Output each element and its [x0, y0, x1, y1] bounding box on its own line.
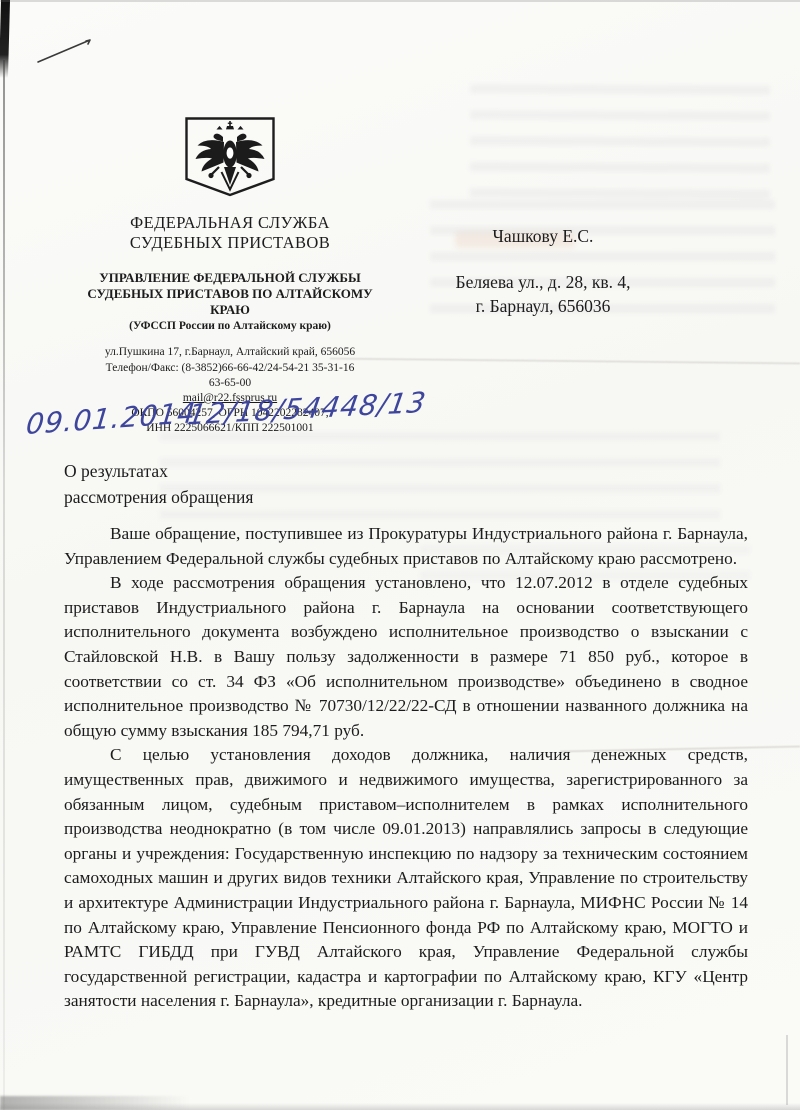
pen-mark	[30, 32, 100, 72]
org-name-line2: СУДЕБНЫХ ПРИСТАВОВ	[55, 233, 405, 253]
recipient-address-line1: Беляева ул., д. 28, кв. 4,	[428, 271, 658, 295]
street-address: ул.Пушкина 17, г.Барнаул, Алтайский край…	[55, 345, 405, 360]
org-name-line1: ФЕДЕРАЛЬНАЯ СЛУЖБА	[55, 213, 405, 233]
division-line2: СУДЕБНЫХ ПРИСТАВОВ ПО АЛТАЙСКОМУ	[55, 286, 405, 302]
division-abbreviation: (УФССП России по Алтайскому краю)	[55, 320, 405, 332]
body-paragraph-3: С целью установления доходов должника, н…	[64, 743, 748, 1014]
subject-line2: рассмотрения обращения	[64, 484, 253, 510]
division-line1: УПРАВЛЕНИЕ ФЕДЕРАЛЬНОЙ СЛУЖБЫ	[55, 270, 405, 286]
scan-edge-artifact	[0, 1096, 190, 1110]
scan-edge-artifact	[0, 0, 10, 78]
scanned-letter-page: ФЕДЕРАЛЬНАЯ СЛУЖБА СУДЕБНЫХ ПРИСТАВОВ УП…	[0, 0, 800, 1110]
phone-line1: Телефон/Факс: (8-3852)66-66-42/24-54-21 …	[55, 361, 405, 376]
org-name: ФЕДЕРАЛЬНАЯ СЛУЖБА СУДЕБНЫХ ПРИСТАВОВ	[55, 213, 405, 253]
paper-crease	[786, 1035, 788, 1105]
letterhead: ФЕДЕРАЛЬНАЯ СЛУЖБА СУДЕБНЫХ ПРИСТАВОВ УП…	[55, 116, 405, 436]
division-name: УПРАВЛЕНИЕ ФЕДЕРАЛЬНОЙ СЛУЖБЫ СУДЕБНЫХ П…	[55, 270, 405, 319]
recipient-name: Чашкову Е.С.	[428, 226, 658, 247]
letter-subject: О результатах рассмотрения обращения	[64, 458, 253, 510]
recipient-address-line2: г. Барнаул, 656036	[428, 295, 658, 319]
recipient-block: Чашкову Е.С. Беляева ул., д. 28, кв. 4, …	[428, 226, 658, 318]
body-paragraph-1: Ваше обращение, поступившее из Прокурату…	[64, 522, 748, 571]
subject-line1: О результатах	[64, 458, 253, 484]
bleed-through-artifact	[470, 84, 771, 201]
letter-body: Ваше обращение, поступившее из Прокурату…	[64, 522, 748, 1014]
scan-edge-artifact	[3, 60, 5, 1110]
coat-of-arms-eagle-icon	[184, 116, 276, 205]
scan-edge-artifact	[0, 0, 800, 2]
body-paragraph-2: В ходе рассмотрения обращения установлен…	[64, 571, 748, 743]
division-line3: КРАЮ	[55, 302, 405, 318]
